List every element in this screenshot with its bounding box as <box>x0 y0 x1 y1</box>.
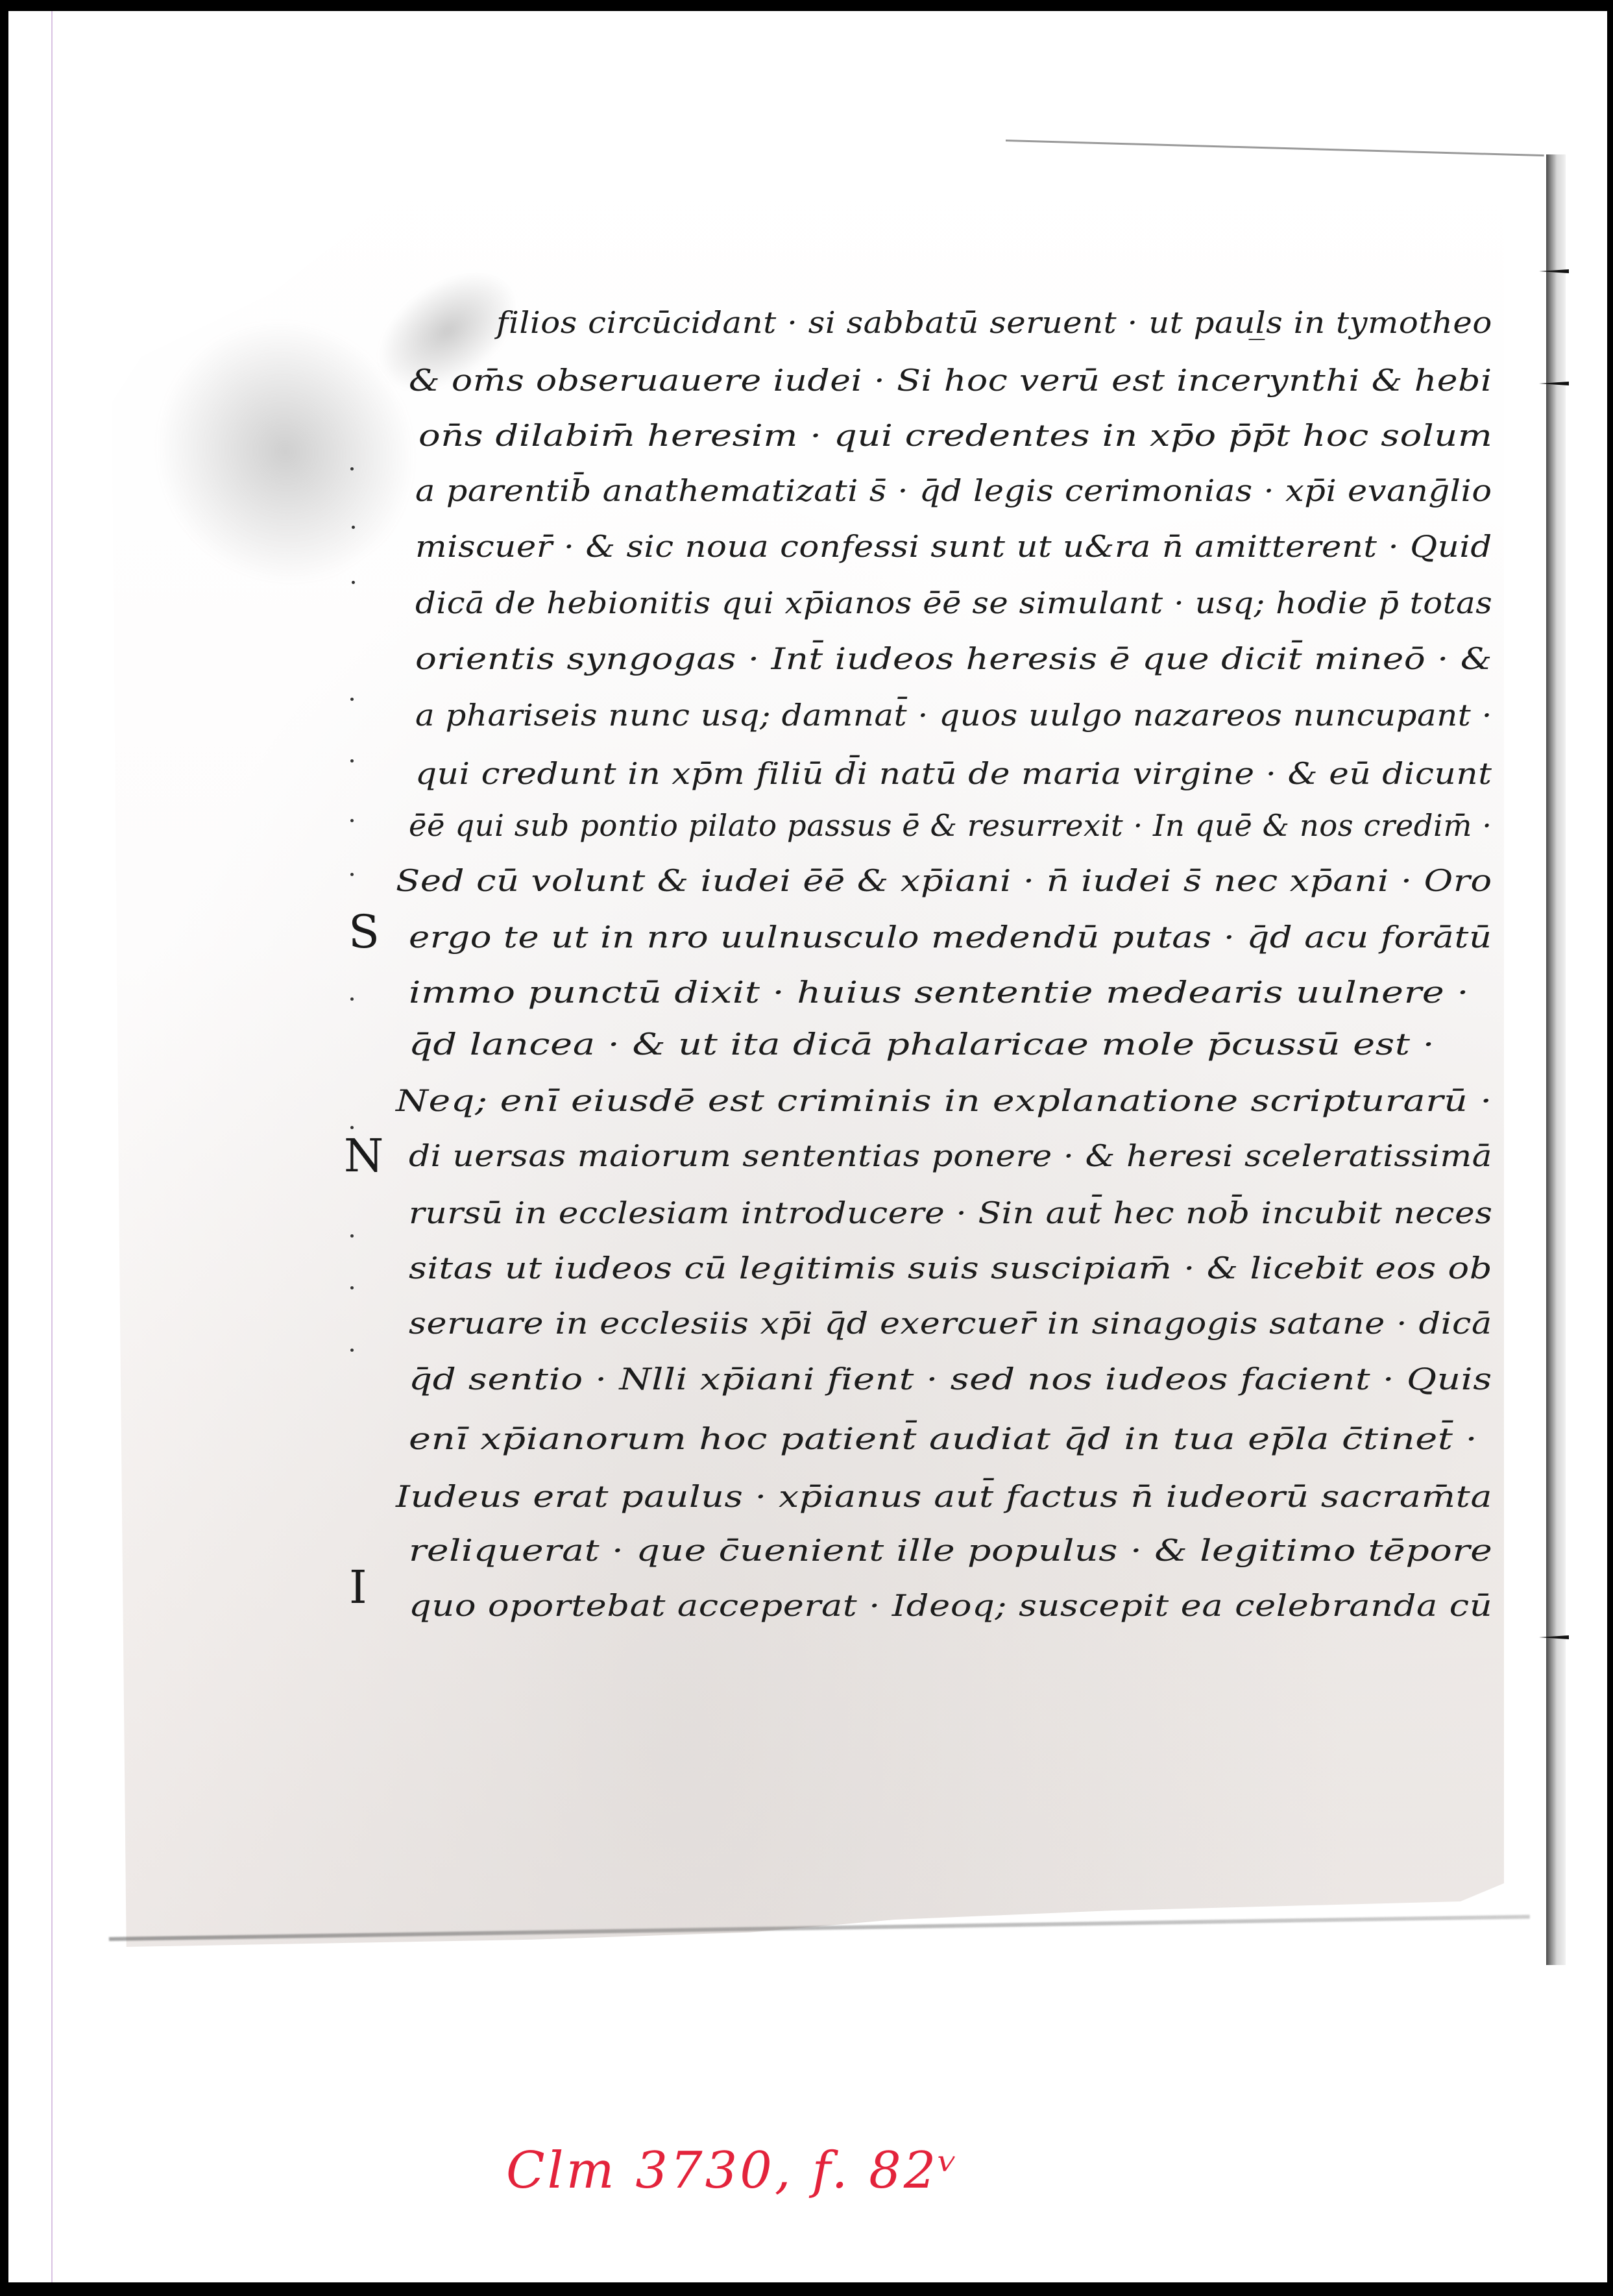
manuscript-line: Iudeus erat paulus · xp̄ianus aut̄ factu… <box>396 1479 1492 1514</box>
prick-mark <box>352 526 355 529</box>
manuscript-line: di uersas maiorum sententias ponere · & … <box>409 1138 1492 1173</box>
manuscript-line: Neq; enī eiusdē est criminis in explan… <box>396 1083 1492 1118</box>
initial-letter: S <box>348 905 380 959</box>
manuscript-line: reliquerat · que c̄uenient ille populus … <box>409 1533 1492 1568</box>
manuscript-line: ergo te ut in nro uulnusculo medendū pu… <box>409 920 1492 955</box>
manuscript-line: on̄s dilabim̄ heresim · qui credentes in… <box>418 418 1492 453</box>
manuscript-line: immo punctū dixit · huius sententie med… <box>409 975 1469 1010</box>
prick-mark <box>350 467 354 470</box>
prick-mark <box>350 759 354 763</box>
prick-mark <box>350 1234 354 1238</box>
shelfmark-annotation: Clm 3730, f. 82ᵛ <box>506 2142 960 2200</box>
manuscript-line: enī xp̄ianorum hoc patient̄ audiat q̄d … <box>409 1421 1477 1456</box>
initial-letter: N <box>344 1129 383 1182</box>
manuscript-line: seruare in ecclesiis xp̄i q̄d exercuer̄ … <box>409 1306 1492 1341</box>
manuscript-line: sitas ut iudeos cū legitimis suis susci… <box>409 1251 1492 1286</box>
manuscript-line: & om̄s obseruauere iudei · Si hoc verū … <box>409 363 1492 398</box>
manuscript-line: a parentib̄ anathematizati s̄ · q̄d legi… <box>415 473 1492 508</box>
manuscript-line: rursū in ecclesiam introducere · Sin au… <box>409 1195 1492 1230</box>
manuscript-line: Sed cū volunt & iudei ēē & xp̄iani · … <box>396 863 1492 898</box>
manuscript-line: ēē qui sub pontio pilato passus ē & r… <box>409 808 1492 843</box>
prick-mark <box>350 1349 354 1352</box>
manuscript-line: orientis syngogas · Int̄ iudeos heresis … <box>415 641 1492 676</box>
prick-mark <box>350 873 354 876</box>
margin-rule <box>51 11 53 2282</box>
prick-mark <box>350 819 354 822</box>
manuscript-line: q̄d lancea · & ut ita dicā phalaricae m… <box>409 1027 1435 1062</box>
manuscript-line: quo oportebat acceperat · Ideoq; suscepi… <box>409 1588 1492 1623</box>
binding-gutter <box>1546 154 1566 1965</box>
manuscript-line: qui credunt in xp̄m filiū d̄i natū de … <box>415 756 1492 791</box>
initial-letter: I <box>349 1561 367 1614</box>
prick-mark <box>350 1286 354 1289</box>
manuscript-line: a phariseis nunc usq; damnat̄ · quos uul… <box>415 698 1492 733</box>
manuscript-line: filios circūcidant · si sabbatū seruen… <box>496 305 1492 340</box>
prick-mark <box>352 581 355 584</box>
prick-mark <box>350 698 354 701</box>
manuscript-line: q̄d sentio · Nlli xp̄iani fient · sed no… <box>409 1362 1492 1397</box>
prick-mark <box>350 997 354 1001</box>
manuscript-line: dicā de hebionitis qui xp̄ianos ēē se… <box>415 585 1492 620</box>
manuscript-line: miscuer̄ · & sic noua confessi sunt ut u… <box>415 529 1492 564</box>
